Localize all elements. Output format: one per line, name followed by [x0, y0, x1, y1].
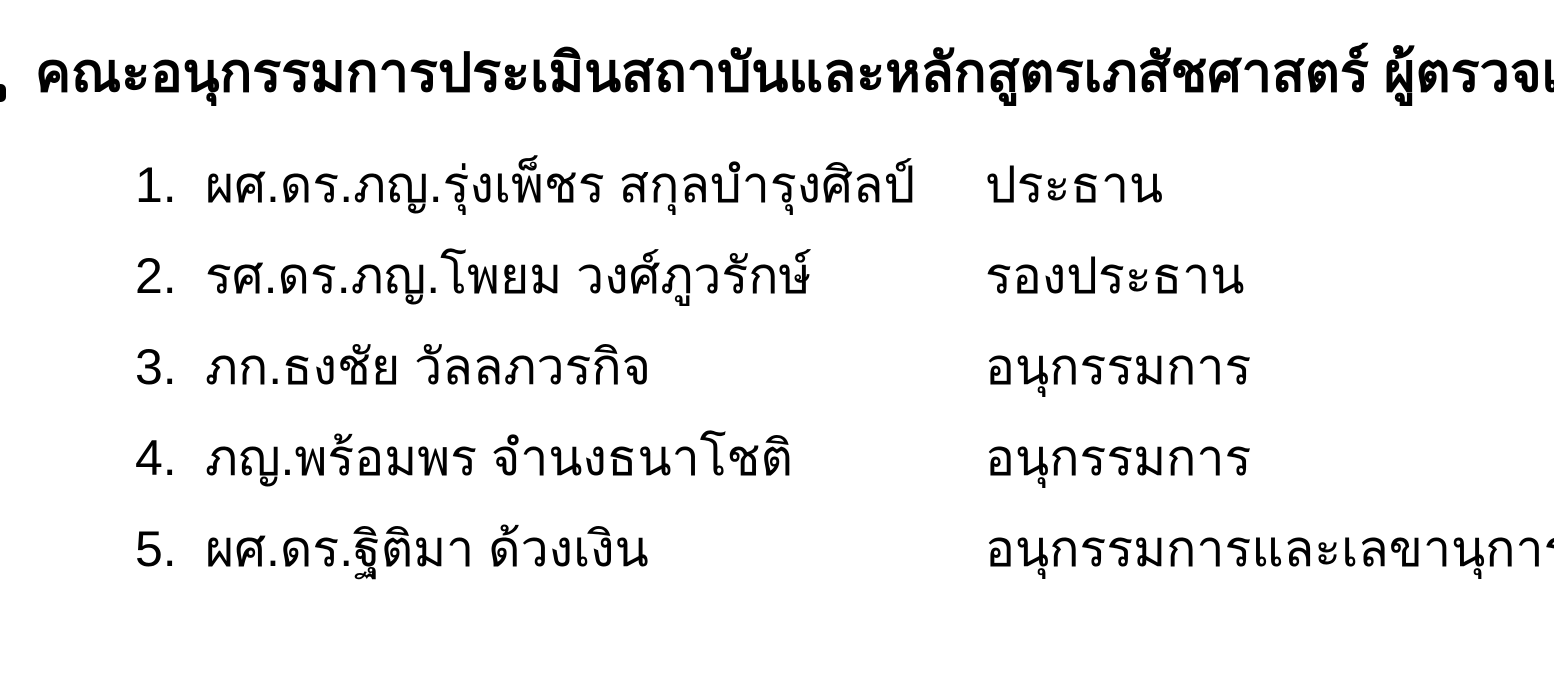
- member-name: ผศ.ดร.ภญ.รุ่งเพ็ชร สกุลบำรุงศิลป์: [205, 140, 915, 231]
- member-name: ผศ.ดร.ฐิติมา ด้วงเงิน: [205, 504, 649, 595]
- member-row: 3.ภก.ธงชัย วัลลภวรกิจอนุกรรมการ: [0, 322, 1554, 413]
- member-number: 2.: [135, 231, 177, 322]
- document-page: คณะอนุกรรมการประเมินสถาบันและหลักสูตรเภส…: [0, 0, 1554, 688]
- left-edge-text-fragment: [0, 84, 6, 102]
- member-number: 1.: [135, 140, 177, 231]
- member-role: ประธาน: [985, 140, 1163, 231]
- member-name: ภญ.พร้อมพร จำนงธนาโชติ: [205, 413, 793, 504]
- member-role: อนุกรรมการ: [985, 413, 1251, 504]
- page-title: คณะอนุกรรมการประเมินสถาบันและหลักสูตรเภส…: [35, 38, 1554, 108]
- member-number: 5.: [135, 504, 177, 595]
- member-role: อนุกรรมการ: [985, 322, 1251, 413]
- member-number: 3.: [135, 322, 177, 413]
- member-number: 4.: [135, 413, 177, 504]
- member-row: 5.ผศ.ดร.ฐิติมา ด้วงเงินอนุกรรมการและเลขา…: [0, 504, 1554, 595]
- member-name: รศ.ดร.ภญ.โพยม วงศ์ภูวรักษ์: [205, 231, 811, 322]
- member-role: รองประธาน: [985, 231, 1245, 322]
- member-role: อนุกรรมการและเลขานุการ: [985, 504, 1554, 595]
- member-row: 2.รศ.ดร.ภญ.โพยม วงศ์ภูวรักษ์รองประธาน: [0, 231, 1554, 322]
- member-row: 1.ผศ.ดร.ภญ.รุ่งเพ็ชร สกุลบำรุงศิลป์ประธา…: [0, 140, 1554, 231]
- member-name: ภก.ธงชัย วัลลภวรกิจ: [205, 322, 651, 413]
- member-row: 4.ภญ.พร้อมพร จำนงธนาโชติอนุกรรมการ: [0, 413, 1554, 504]
- member-list: 1.ผศ.ดร.ภญ.รุ่งเพ็ชร สกุลบำรุงศิลป์ประธา…: [0, 140, 1554, 595]
